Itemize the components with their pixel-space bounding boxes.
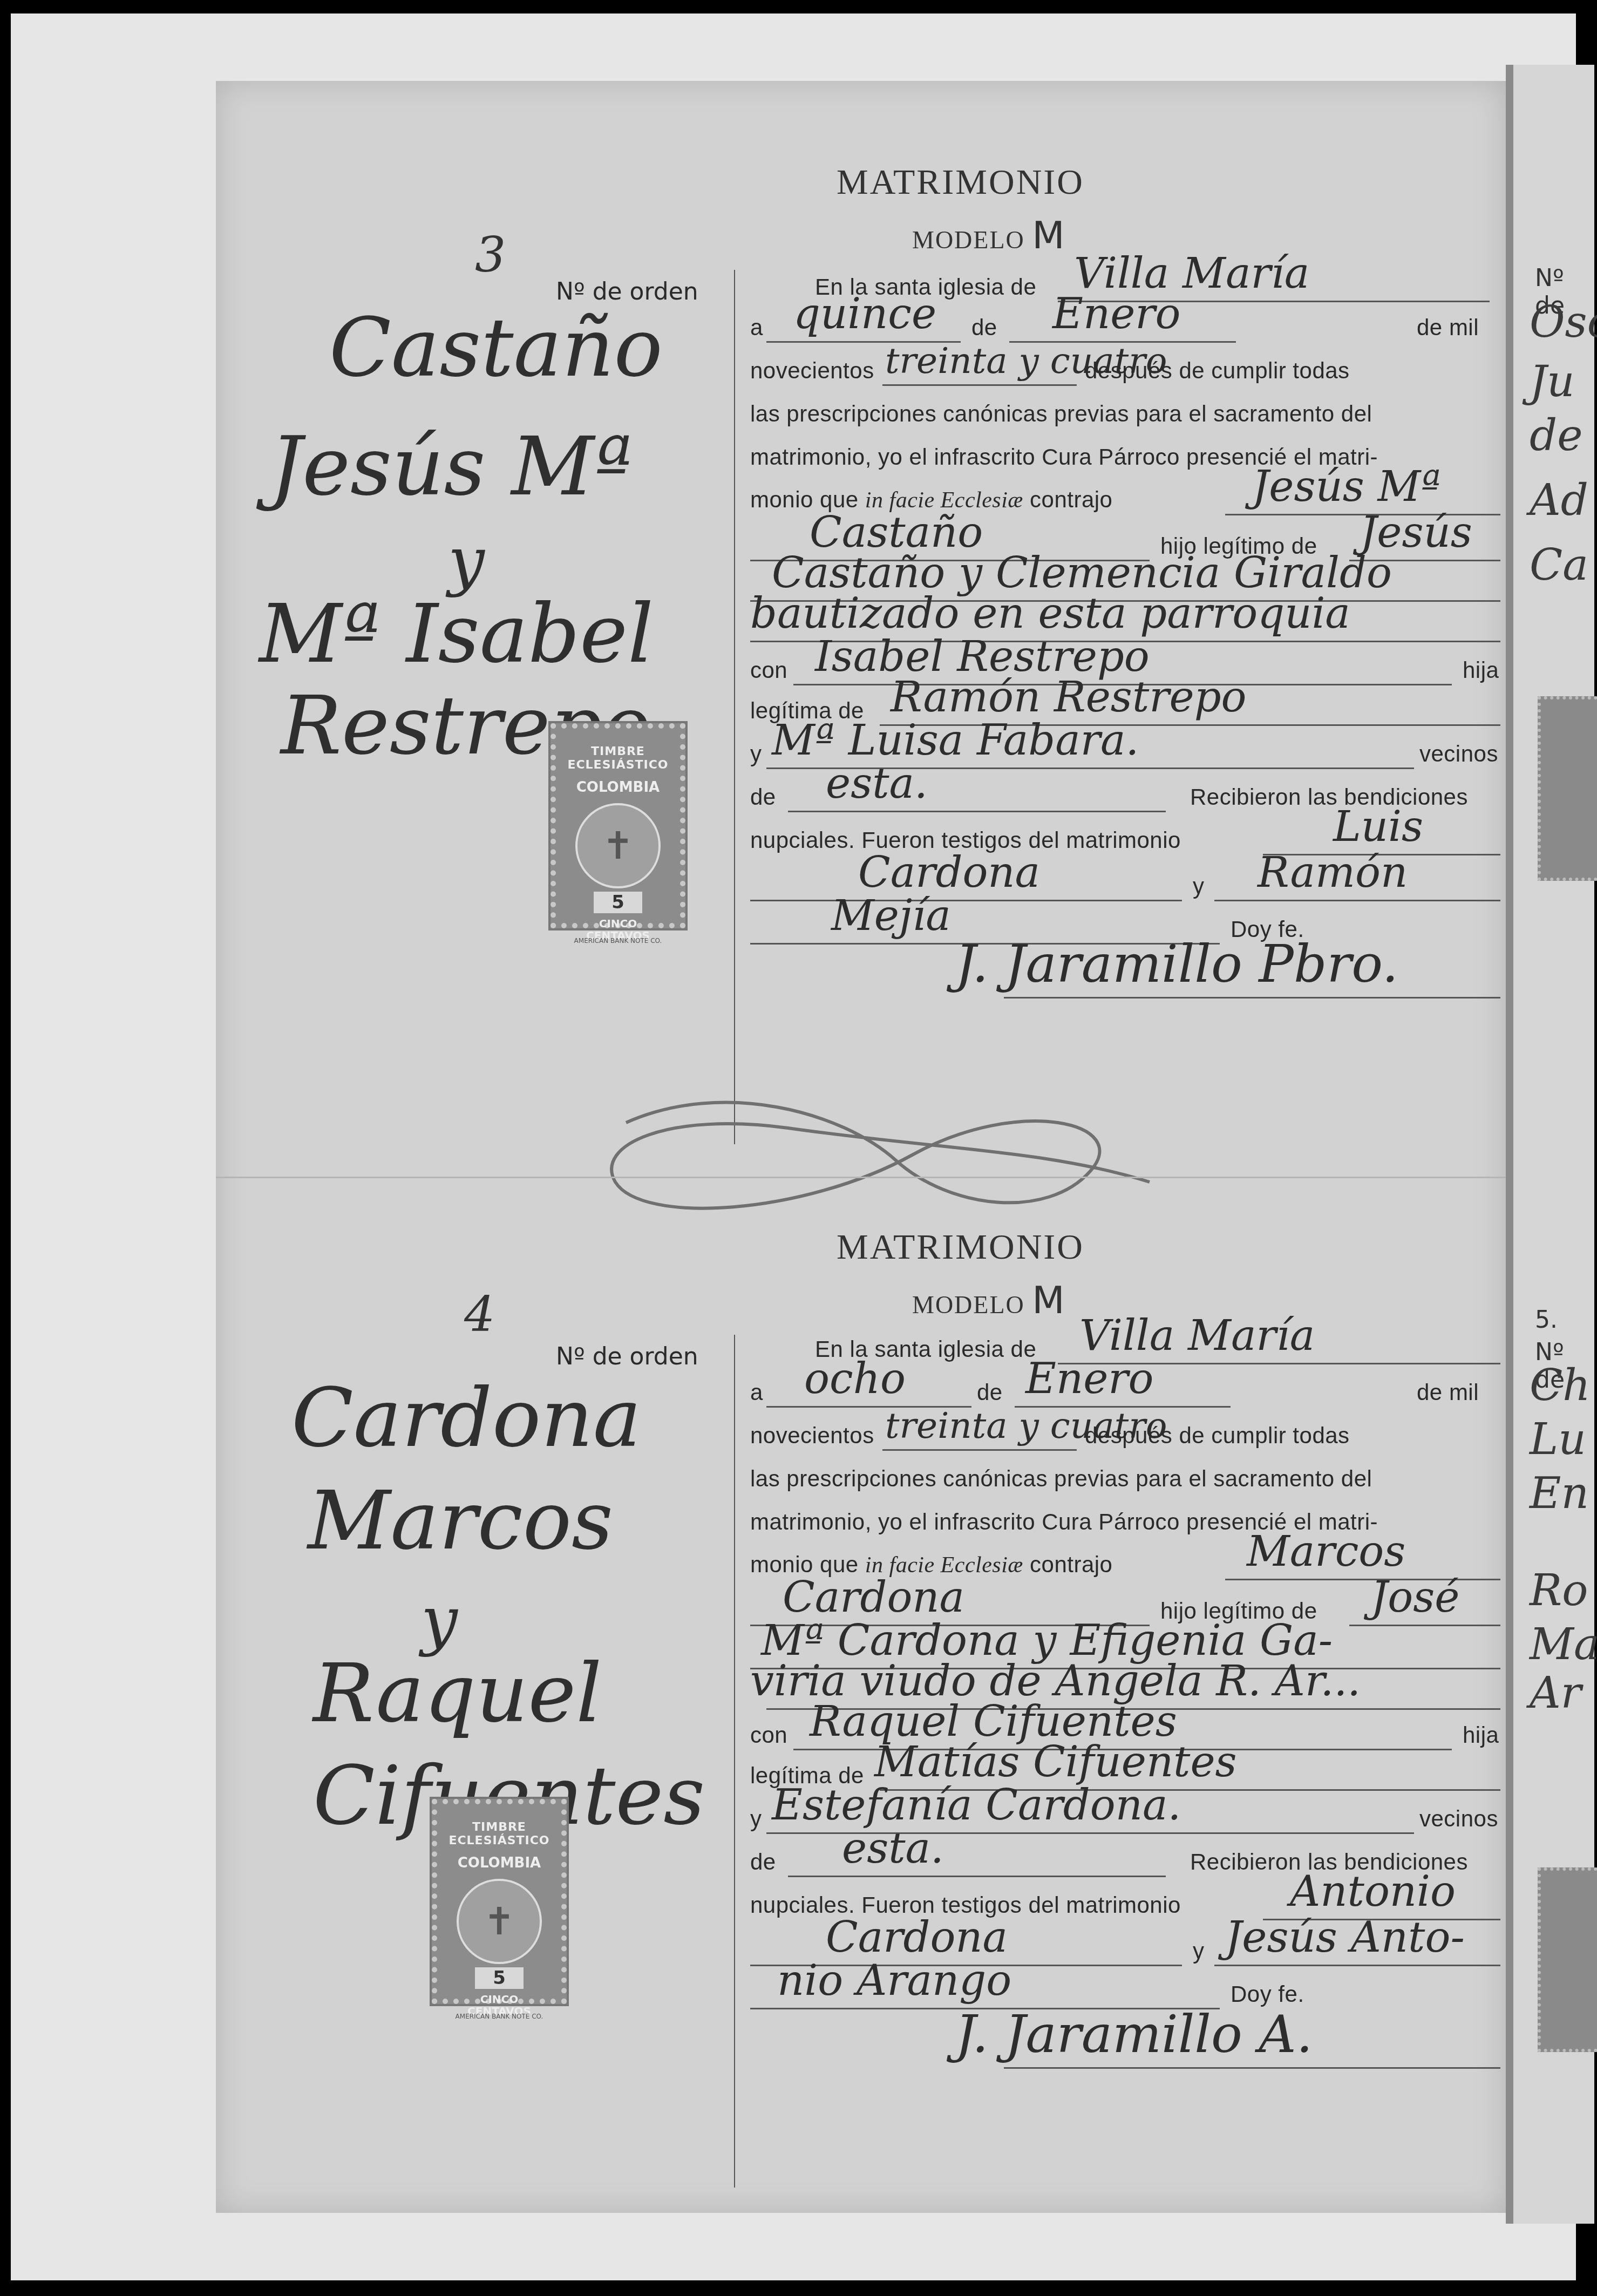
- priest-signature: J. Jaramillo Pbro.: [955, 934, 1398, 994]
- month-value: Enero: [1052, 290, 1181, 338]
- church-name: Villa María: [1079, 1312, 1315, 1360]
- month-value: Enero: [1025, 1355, 1154, 1403]
- adjacent-name: Ro: [1530, 1565, 1588, 1615]
- adjacent-name: Ar: [1530, 1668, 1581, 1718]
- adjacent-name: Ju: [1530, 356, 1575, 406]
- priest-signature: J. Jaramillo A.: [955, 2004, 1313, 2064]
- margin-conjunction: y: [448, 529, 485, 594]
- register-sheet: MATRIMONIO MODELO M 3 Nº de orden Castañ…: [216, 81, 1506, 2213]
- order-number: 3: [475, 227, 506, 283]
- signature-line: J. Jaramillo Pbro.: [750, 950, 1500, 1004]
- adjacent-name: En: [1530, 1468, 1589, 1518]
- record-title: MATRIMONIO: [837, 162, 1084, 203]
- order-number: 4: [464, 1286, 495, 1343]
- column-divider: [734, 1335, 735, 2188]
- margin-surname-groom: Castaño: [329, 308, 663, 389]
- mitre-crest-icon: ✝: [575, 803, 661, 888]
- adjacent-name: Lu: [1530, 1414, 1586, 1464]
- model-label: MODELO M: [912, 213, 1066, 257]
- marriage-record-4: MATRIMONIO MODELO M 4 Nº de orden Cardon…: [216, 1177, 1506, 2215]
- order-label: Nº de orden: [556, 1343, 698, 1370]
- groom-given-name: Jesús Mª: [1252, 463, 1440, 511]
- record-title: MATRIMONIO: [837, 1227, 1084, 1268]
- adjacent-stamp: [1538, 696, 1597, 881]
- adjacent-name: Ca: [1530, 540, 1588, 590]
- adjacent-name: Ad: [1530, 475, 1588, 525]
- adjacent-name: Ma: [1530, 1619, 1597, 1669]
- adjacent-name: Oso: [1530, 297, 1597, 347]
- margin-name-bride: Mª Isabel: [259, 594, 654, 675]
- groom-surname: Cardona: [783, 1573, 964, 1622]
- ecclesiastical-stamp: TIMBRE ECLESIÁSTICO COLOMBIA ✝ 5 CINCOCE…: [432, 1799, 567, 2004]
- day-value: quince: [793, 290, 936, 338]
- marriage-record-3: MATRIMONIO MODELO M 3 Nº de orden Castañ…: [216, 81, 1506, 1177]
- adjacent-name: de: [1530, 410, 1583, 460]
- ecclesiastical-stamp: TIMBRE ECLESIÁSTICO COLOMBIA ✝ 5 CINCOCE…: [551, 723, 685, 928]
- adjacent-page: Nº de Oso Ju de Ad Ca 5. Nº de Ch Lu En …: [1506, 65, 1594, 2224]
- adjacent-mark: 5.: [1535, 1306, 1558, 1334]
- adjacent-stamp: [1538, 1867, 1597, 2052]
- mitre-crest-icon: ✝: [457, 1879, 542, 1964]
- adjacent-name: Ch: [1530, 1360, 1591, 1410]
- margin-conjunction: y: [421, 1588, 458, 1653]
- margin-name-bride: Raquel: [313, 1653, 602, 1734]
- margin-surname-groom: Cardona: [291, 1378, 641, 1459]
- groom-given-name: Marcos: [1247, 1527, 1405, 1576]
- margin-name-groom: Marcos: [308, 1480, 613, 1561]
- signature-line: J. Jaramillo A.: [750, 2020, 1500, 2074]
- margin-name-groom: Jesús Mª: [270, 426, 633, 507]
- column-divider: [734, 270, 735, 1144]
- day-value: ocho: [804, 1355, 906, 1403]
